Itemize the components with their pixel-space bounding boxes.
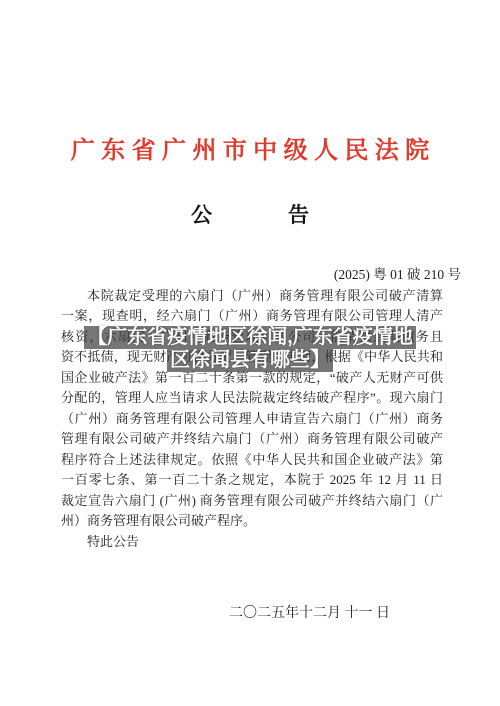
body-line: 一百零七条、第一百二十条之规定，本院于 2025 年 12 月 11 日 (61, 470, 443, 491)
overlay-line: 【广东省疫情地区徐闻,广东省疫情地 (0, 326, 500, 349)
body-line: 管理有限公司破产并终结六扇门（广州）商务管理有限公司破产 (61, 429, 443, 450)
body-line: 州）商务管理有限公司破产程序。 (61, 511, 443, 532)
body-line: 裁定宣告六扇门 (广州) 商务管理有限公司破产并终结六扇门（广 (61, 491, 443, 512)
closing-line: 特此公告 (61, 532, 443, 553)
overlay-caption: 【广东省疫情地区徐闻,广东省疫情地 区徐闻县有哪些】 (0, 326, 500, 372)
case-number: (2025) 粤 01 破 210 号 (61, 265, 461, 286)
announcement-page: 广东省广州市中级人民法院 公告 (2025) 粤 01 破 210 号 本院裁定… (0, 0, 500, 706)
announcement-heading: 公告 (0, 203, 500, 228)
date-line: 二〇二五年十二月 十一 日 (229, 604, 390, 624)
body-line: （广州）商务管理有限公司管理人申请宣告六扇门（广州）商务 (61, 409, 443, 430)
body-line: 本院裁定受理的六扇门（广州）商务管理有限公司破产清算 (61, 286, 443, 307)
announcement-body: (2025) 粤 01 破 210 号 本院裁定受理的六扇门（广州）商务管理有限… (61, 265, 443, 552)
body-line: 分配的，管理人应当请求人民法院裁定终结破产程序”。现六扇门 (61, 388, 443, 409)
body-paragraph: 本院裁定受理的六扇门（广州）商务管理有限公司破产清算一案，现查明，经六扇门（广州… (61, 286, 443, 532)
body-line: 一案，现查明，经六扇门（广州）商务管理有限公司管理人清产 (61, 306, 443, 327)
announcement-heading-text: 公告 (191, 204, 385, 227)
court-title: 广东省广州市中级人民法院 (0, 137, 500, 165)
overlay-line: 区徐闻县有哪些】 (0, 349, 500, 372)
body-line: 程序符合上述法律规定。依照《中华人民共和国企业破产法》第 (61, 450, 443, 471)
